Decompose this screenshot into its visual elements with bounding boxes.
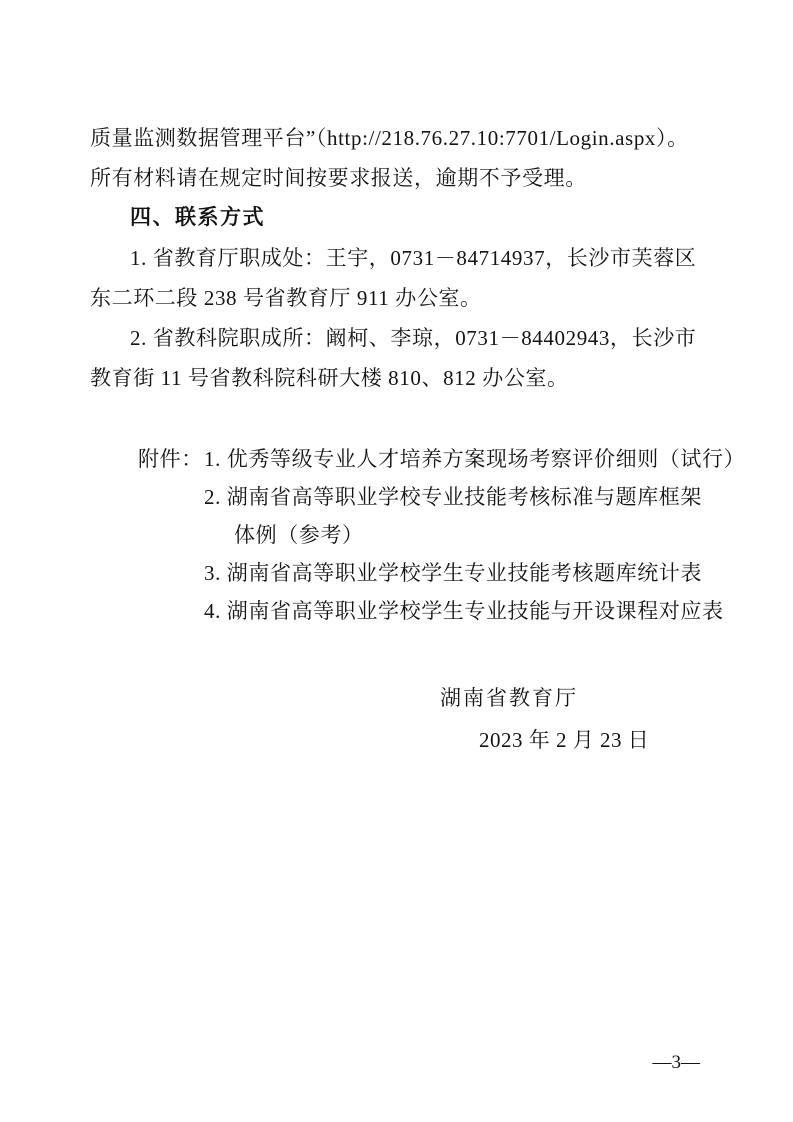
signature-issuer: 湖南省教育厅 <box>440 682 578 712</box>
body-line-platform-url: 质量监测数据管理平台”（http://218.76.27.10:7701/Log… <box>90 118 710 158</box>
attachment-item-2-line-2: 体例（参考） <box>204 516 745 554</box>
signature-date: 2023 年 2 月 23 日 <box>479 724 649 754</box>
attachments-list: 1. 优秀等级专业人才培养方案现场考察评价细则（试行） 2. 湖南省高等职业学校… <box>204 440 745 630</box>
page-number: —3— <box>653 1052 701 1074</box>
section-heading-contact: 四、联系方式 <box>90 198 710 238</box>
attachments-label: 附件： <box>138 440 204 630</box>
attachments-block: 附件： 1. 优秀等级专业人才培养方案现场考察评价细则（试行） 2. 湖南省高等… <box>138 440 710 630</box>
attachment-item-4: 4. 湖南省高等职业学校学生专业技能与开设课程对应表 <box>204 592 745 630</box>
document-body: 质量监测数据管理平台”（http://218.76.27.10:7701/Log… <box>90 118 710 630</box>
contact-2-line-1: 2. 省教科院职成所：阚柯、李琼，0731－84402943，长沙市 <box>90 318 710 358</box>
attachment-item-1: 1. 优秀等级专业人才培养方案现场考察评价细则（试行） <box>204 440 745 478</box>
contact-1-line-2: 东二环二段 238 号省教育厅 911 办公室。 <box>90 278 710 318</box>
contact-1-line-1: 1. 省教育厅职成处：王宇，0731－84714937，长沙市芙蓉区 <box>90 238 710 278</box>
body-line-deadline: 所有材料请在规定时间按要求报送，逾期不予受理。 <box>90 158 710 198</box>
contact-2-line-2: 教育街 11 号省教科院科研大楼 810、812 办公室。 <box>90 358 710 398</box>
attachment-item-2-line-1: 2. 湖南省高等职业学校专业技能考核标准与题库框架 <box>204 478 745 516</box>
attachment-item-3: 3. 湖南省高等职业学校学生专业技能考核题库统计表 <box>204 554 745 592</box>
document-page: 质量监测数据管理平台”（http://218.76.27.10:7701/Log… <box>0 0 793 1122</box>
